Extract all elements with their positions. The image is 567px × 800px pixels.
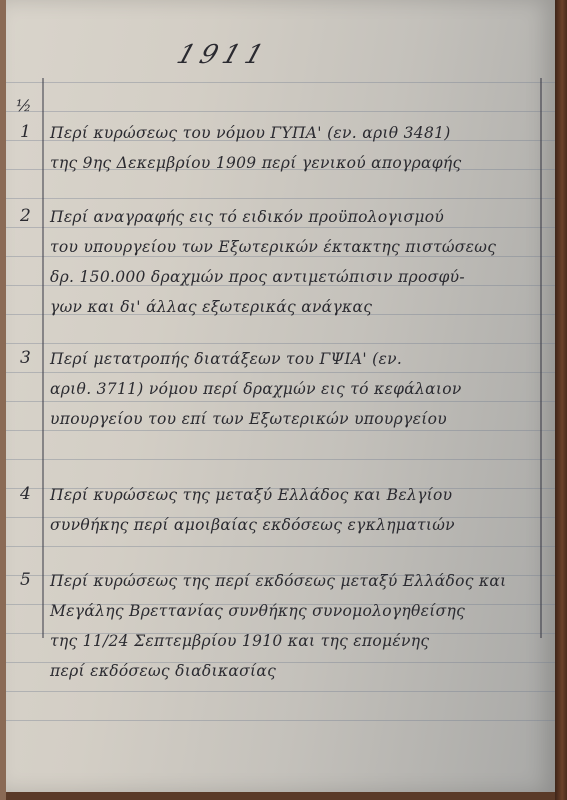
ruled-line: [6, 198, 555, 199]
ruled-line: [6, 691, 555, 692]
entry-line: Περί κυρώσεως της περί εκδόσεως μεταξύ Ε…: [50, 572, 507, 590]
entry-number: 3: [20, 348, 31, 368]
entry-line: συνθήκης περί αμοιβαίας εκδόσεως εγκλημα…: [50, 516, 455, 534]
entry-line: του υπουργείου των Εξωτερικών έκτακτης π…: [50, 238, 496, 256]
entry-line: περί εκδόσεως διαδικασίας: [50, 662, 276, 680]
ruled-line: [6, 546, 555, 547]
entry-number: 4: [20, 484, 31, 504]
entry-number: 2: [20, 206, 31, 226]
ledger-page: 1911 ½ 1 Περί κυρώσεως του νόμου ΓΥΠΑ' (…: [6, 0, 555, 792]
right-margin-line: [540, 78, 542, 638]
entry-number: 5: [20, 570, 31, 590]
entry-line: της 9ης Δεκεμβρίου 1909 περί γενικού απο…: [50, 154, 462, 172]
ruled-line: [6, 459, 555, 460]
left-margin-line: [42, 78, 44, 638]
entry-line: δρ. 150.000 δραχμών προς αντιμετώπισιν π…: [50, 268, 465, 286]
entry-line: της 11/24 Σεπτεμβρίου 1910 και της επομέ…: [50, 632, 429, 650]
ruled-line: [6, 256, 555, 257]
ruled-line: [6, 111, 555, 112]
entry-line: Περί αναγραφής εις τό ειδικόν προϋπολογι…: [50, 208, 444, 226]
ruled-line: [6, 401, 555, 402]
ruled-line: [6, 430, 555, 431]
entry-number: 1: [20, 122, 31, 142]
entry-line: Περί κυρώσεως της μεταξύ Ελλάδος και Βελ…: [50, 486, 452, 504]
entry-line: αριθ. 3711) νόμου περί δραχμών εις τό κε…: [50, 380, 462, 398]
ruled-line: [6, 227, 555, 228]
entry-line: Περί κυρώσεως του νόμου ΓΥΠΑ' (εν. αριθ …: [50, 124, 451, 142]
ruled-line: [6, 720, 555, 721]
entry-line: γων και δι' άλλας εξωτερικάς ανάγκας: [50, 298, 372, 316]
entry-line: Μεγάλης Βρεττανίας συνθήκης συνομολογηθε…: [50, 602, 465, 620]
book-binding: [555, 0, 567, 800]
ruled-line: [6, 343, 555, 344]
entry-line: Περί μετατροπής διατάξεων του ΓΨΙΑ' (εν.: [50, 350, 402, 368]
entry-line: υπουργείου του επί των Εξωτερικών υπουργ…: [50, 410, 447, 428]
ruled-line: [6, 372, 555, 373]
year-heading: 1911: [173, 40, 273, 70]
ruled-line: [6, 82, 555, 83]
page-mark: ½: [16, 96, 32, 115]
